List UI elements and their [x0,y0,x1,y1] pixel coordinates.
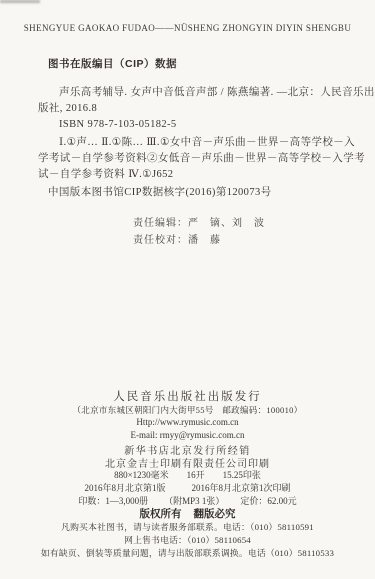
classification-line: 学考试－自学参考资料②女低音－声乐曲－世界－高等学校－入学考 [38,151,346,167]
cip-entry-line: 版社, 2016.8 [38,101,346,117]
cip-heading: 图书在版编目（CIP）数据 [48,56,177,71]
folio-size: 16开 [187,468,205,481]
isbn-line: ISBN 978-7-103-05182-5 [38,117,346,133]
copyright-right: 翻版必究 [194,506,236,521]
printing-info: 2016年8月北京第1次印刷 [192,481,291,494]
cip-entry-block: 声乐高考辅导. 女声中音低音声部 / 陈燕编著. —北京：人民音乐出 版社, 2… [38,85,346,133]
edition-info: 2016年8月北京第1版 [84,481,165,494]
reader-service-line: 凡购买本社图书，请与读者服务部联系。电话：（010）58110591 [0,520,375,533]
responsible-proofreader-line: 责任校对：潘 藤 [133,232,265,249]
scan-artifact [0,0,40,3]
responsible-editor-line: 责任编辑：严 镝、刘 波 [133,215,265,232]
quality-issue-line: 如有缺页、倒装等质量问题，请与出版部联系调换。电话（010）58110533 [0,546,375,559]
copyright-notice: 版权所有 翻版必究 [0,506,375,521]
cip-record-number: 中国版本图书馆CIP数据核字(2016)第120073号 [48,184,272,199]
publisher-email: E-mail: rmyy@rymusic.com.cn [0,430,375,440]
copyright-left: 版权所有 [140,506,182,521]
pinyin-title: SHENGYUE GAOKAO FUDAO——NÜSHENG ZHONGYIN … [0,23,375,33]
publisher-website: Http://www.rymusic.com.cn [0,417,375,427]
edition-line: 2016年8月北京第1版 2016年8月北京第1次印刷 [0,481,375,494]
format-spec-line: 880×1230毫米 16开 15.25印张 [0,468,375,481]
cip-entry-line: 声乐高考辅导. 女声中音低音声部 / 陈燕编著. —北京：人民音乐出 [38,85,346,101]
classification-line: Ⅰ.①声… Ⅱ.①陈… Ⅲ.①女中音－声乐曲－世界－高等学校－入 [38,135,346,151]
classification-line: 试－自学参考资料 Ⅳ.①J652 [38,167,346,183]
paper-size: 880×1230毫米 [114,468,169,481]
online-sales-line: 网上售书电话：（010）58110654 [0,533,375,546]
book-copyright-page: SHENGYUE GAOKAO FUDAO——NÜSHENG ZHONGYIN … [0,0,375,579]
sheet-count: 15.25印张 [223,468,261,481]
publisher-address: （北京市东城区朝阳门内大街甲55号 邮政编码：100010） [0,404,375,416]
cip-classification-block: Ⅰ.①声… Ⅱ.①陈… Ⅲ.①女中音－声乐曲－世界－高等学校－入 学考试－自学参… [38,135,346,183]
publisher-line: 人民音乐出版社出版发行 [0,388,375,404]
staff-block: 责任编辑：严 镝、刘 波 责任校对：潘 藤 [133,215,265,249]
